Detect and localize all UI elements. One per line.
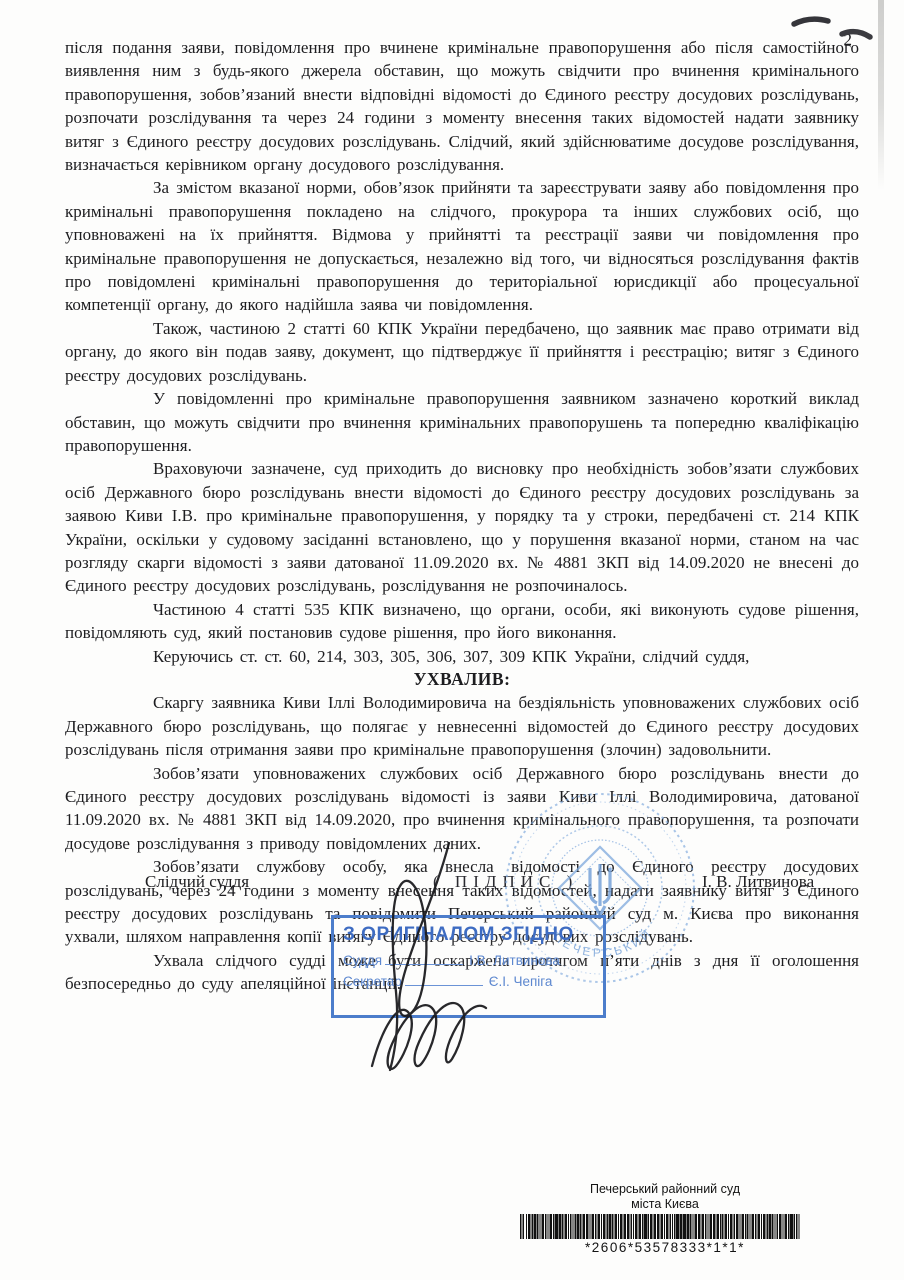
scanned-court-document-page: 2 після подання заяви, повідомлення про … (0, 0, 904, 1280)
page-edge-shadow (878, 0, 884, 190)
court-name-line1: Печерський районний суд (500, 1182, 830, 1197)
body-paragraph: Враховуючи зазначене, суд приходить до в… (65, 457, 859, 597)
barcode-value: *2606*53578333*1*1* (500, 1240, 830, 1255)
body-paragraph: Керуючись ст. ст. 60, 214, 303, 305, 306… (65, 645, 859, 668)
body-paragraph: У повідомленні про кримінальне правопору… (65, 387, 859, 457)
body-paragraphs: після подання заяви, повідомлення про вч… (65, 36, 859, 668)
judge-role-label: Слідчий суддя (145, 872, 249, 892)
ruling-heading: УХВАЛИВ: (65, 668, 859, 691)
handwritten-signature (340, 820, 580, 1090)
body-paragraph: За змістом вказаної норми, обов’язок при… (65, 176, 859, 316)
ruling-paragraph: Скаргу заявника Киви Іллі Володимировича… (65, 691, 859, 761)
court-name-line2: міста Києва (500, 1197, 830, 1212)
trident-icon (590, 864, 610, 915)
body-paragraph: Також, частиною 2 статті 60 КПК України … (65, 317, 859, 387)
judge-name: І. В. Литвинова (702, 872, 814, 892)
barcode (519, 1214, 811, 1241)
body-paragraph: Частиною 4 статті 535 КПК визначено, що … (65, 598, 859, 645)
body-paragraph: після подання заяви, повідомлення про вч… (65, 36, 859, 176)
document-footer: Печерський районний суд міста Києва *260… (500, 1182, 830, 1255)
